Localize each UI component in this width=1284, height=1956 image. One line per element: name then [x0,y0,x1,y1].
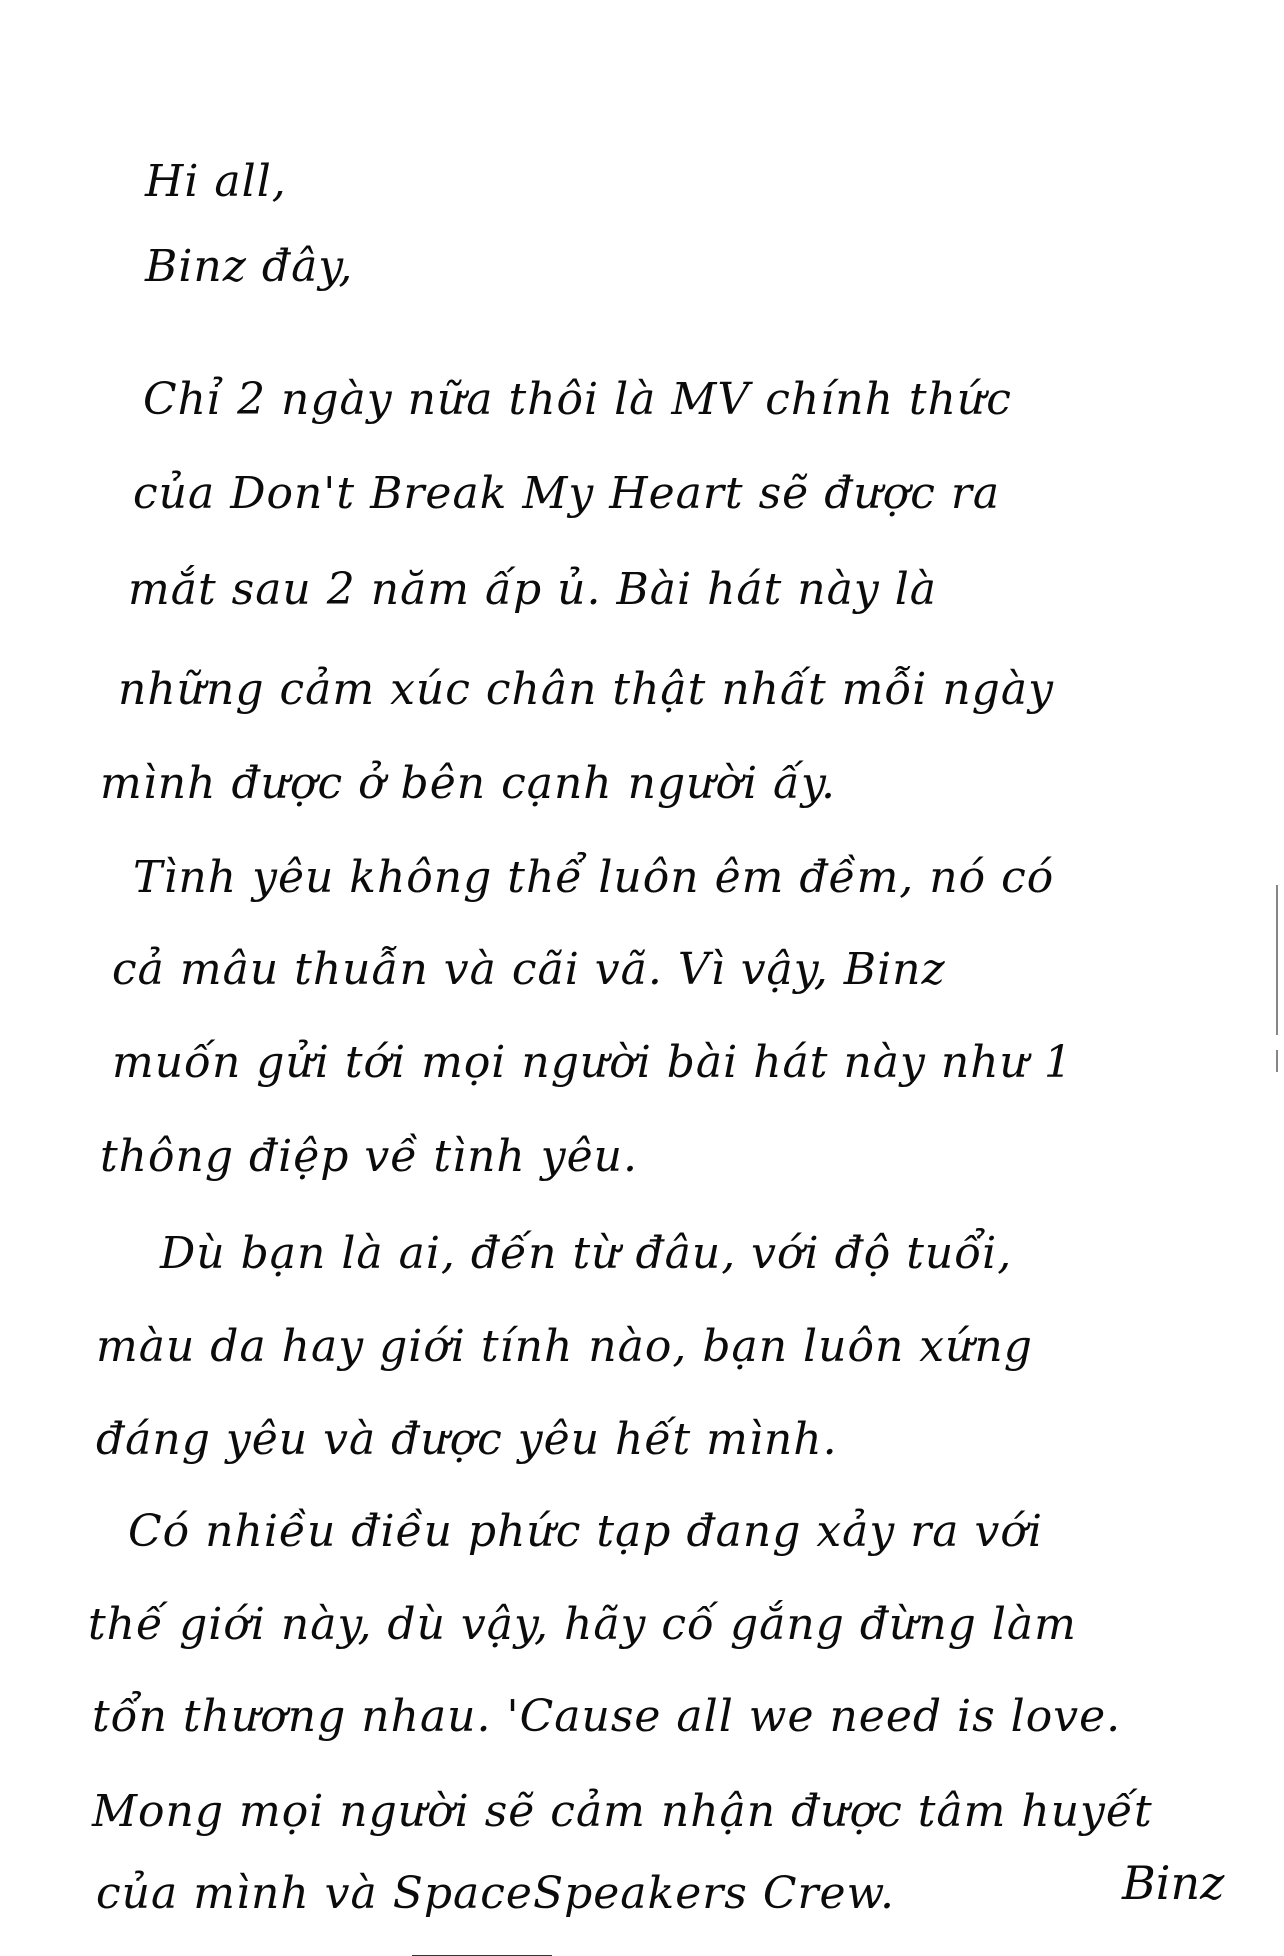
letter-line: màu da hay giới tính nào, bạn luôn xứng [96,1325,1033,1369]
letter-line: tổn thương nhau. 'Cause all we need is l… [92,1695,1121,1739]
letter-line: đáng yêu và được yêu hết mình. [96,1418,838,1462]
letter-line: thế giới này, dù vậy, hãy cố gắng đừng l… [88,1603,1077,1647]
letter-line: cả mâu thuẫn và cãi vã. Vì vậy, Binz [112,948,946,992]
letter-line: Có nhiều điều phức tạp đang xảy ra với [128,1510,1043,1554]
letter-line: mình được ở bên cạnh người ấy. [100,762,836,806]
scan-edge-mark [1276,885,1278,1035]
letter-line: của mình và SpaceSpeakers Crew. [96,1872,895,1916]
letter-intro: Binz đây, [145,245,353,289]
letter-line: mắt sau 2 năm ấp ủ. Bài hát này là [128,568,937,612]
letter-line: muốn gửi tới mọi người bài hát này như 1 [112,1041,1073,1085]
letter-greeting: Hi all, [145,160,287,204]
letter-line: Chỉ 2 ngày nữa thôi là MV chính thức [143,378,1012,422]
scan-edge-mark [1276,1050,1278,1072]
handwritten-letter-page: Hi all, Binz đây, Chỉ 2 ngày nữa thôi là… [0,0,1284,1956]
letter-signature: Binz [1122,1860,1224,1906]
letter-line: của Don't Break My Heart sẽ được ra [133,472,1000,516]
letter-line: Dù bạn là ai, đến từ đâu, với độ tuổi, [160,1232,1012,1276]
letter-line: Tình yêu không thể luôn êm đềm, nó có [133,856,1054,900]
letter-line: thông điệp về tình yêu. [100,1135,638,1179]
letter-line: Mong mọi người sẽ cảm nhận được tâm huyế… [92,1790,1153,1834]
letter-line: những cảm xúc chân thật nhất mỗi ngày [118,668,1054,712]
